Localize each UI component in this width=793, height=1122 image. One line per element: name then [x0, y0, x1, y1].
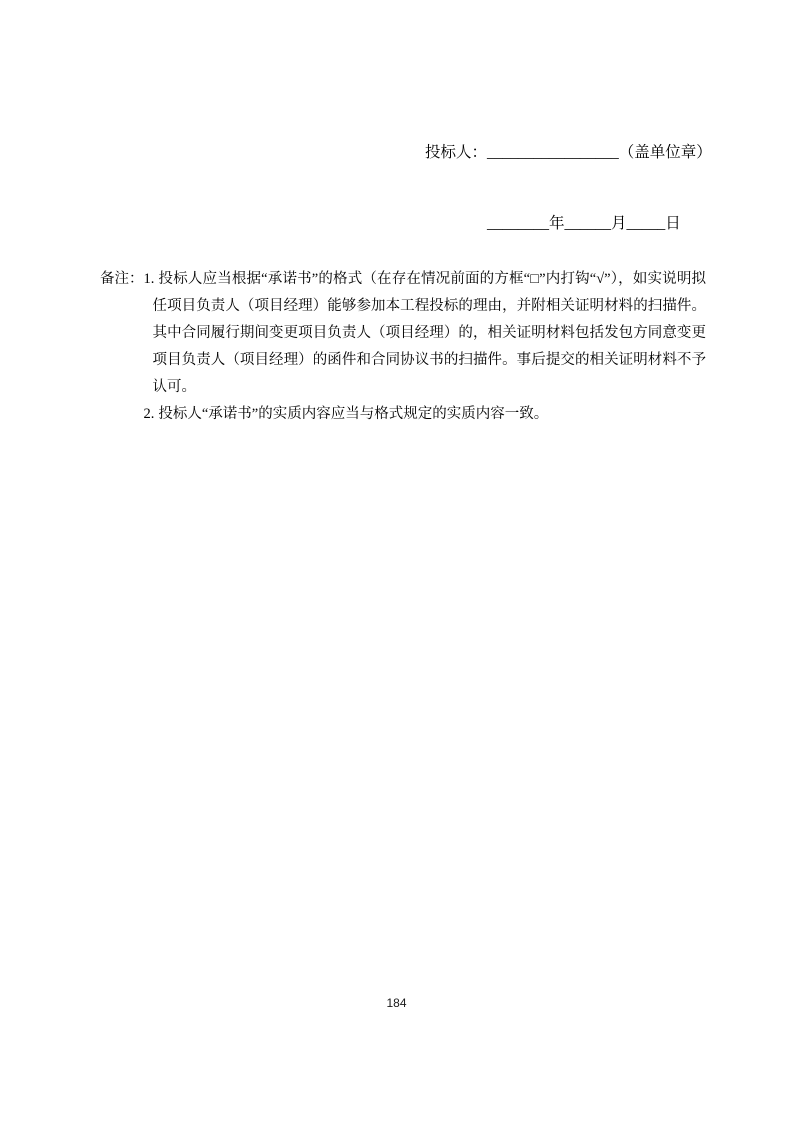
bidder-label: 投标人： [425, 144, 487, 161]
notes-label: 备注： [100, 266, 144, 293]
bidder-signature-line: 投标人：_________________（盖单位章） [425, 143, 712, 163]
date-blanks: ________年______月_____日 [487, 215, 681, 232]
notes-list: 1.投标人应当根据“承诺书”的格式（在存在情况前面的方框“□”内打钩“√”），如… [144, 266, 707, 428]
date-line: ________年______月_____日 [487, 214, 681, 234]
note-item-number: 2. [144, 406, 159, 422]
seal-note: （盖单位章） [619, 144, 712, 161]
document-page: 投标人：_________________（盖单位章） ________年___… [0, 0, 793, 1122]
note-item: 1.投标人应当根据“承诺书”的格式（在存在情况前面的方框“□”内打钩“√”），如… [144, 266, 707, 401]
notes-section: 备注： 1.投标人应当根据“承诺书”的格式（在存在情况前面的方框“□”内打钩“√… [100, 266, 706, 428]
note-item-text: 投标人“承诺书”的实质内容应当与格式规定的实质内容一致。 [158, 406, 548, 422]
note-item-text: 投标人应当根据“承诺书”的格式（在存在情况前面的方框“□”内打钩“√”），如实说… [153, 271, 707, 395]
bidder-blank: _________________ [487, 144, 619, 161]
note-item: 2.投标人“承诺书”的实质内容应当与格式规定的实质内容一致。 [144, 401, 707, 428]
note-item-number: 1. [144, 271, 159, 287]
page-number: 184 [0, 996, 793, 1010]
